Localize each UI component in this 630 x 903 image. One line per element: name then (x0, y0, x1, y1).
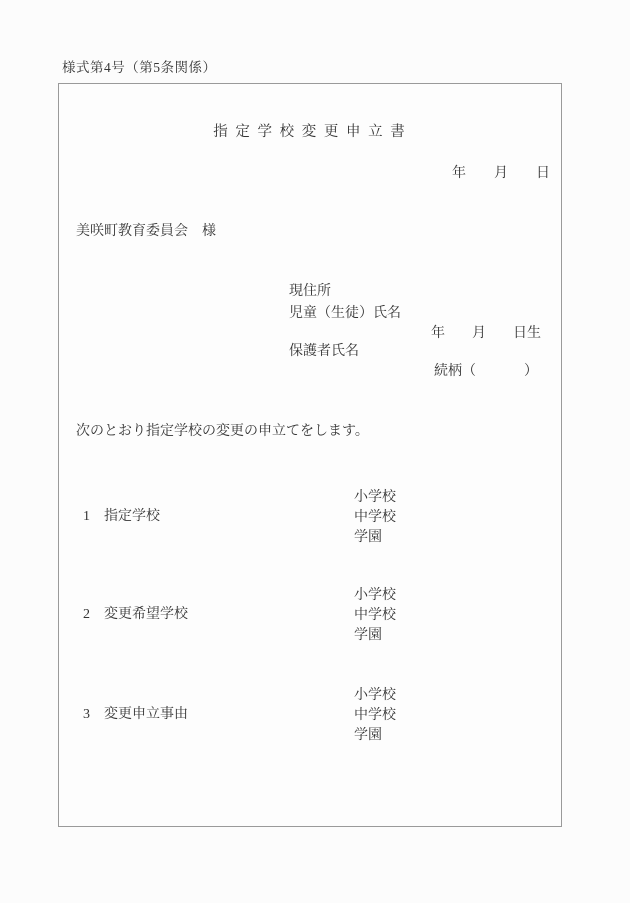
school-option-gakuen: 学園 (354, 726, 396, 746)
date-line: 年 月 日 (452, 165, 550, 183)
birth-year-label: 年 (431, 325, 445, 343)
item-label: 指定学校 (104, 508, 160, 526)
birthdate-line: 年 月 日生 (431, 325, 541, 343)
form-item-desired-school: 2 変更希望学校 小学校 中学校 学園 (59, 586, 561, 648)
date-day-label: 日 (536, 165, 550, 183)
item-label: 変更申立事由 (104, 706, 188, 724)
item-number: 1 (83, 508, 90, 526)
current-address-label: 現住所 (289, 283, 331, 301)
birth-month-label: 月 (472, 325, 486, 343)
school-option-gakuen: 学園 (354, 528, 396, 548)
item-label: 変更希望学校 (104, 606, 188, 624)
school-option-junior-high: 中学校 (354, 508, 396, 528)
form-item-designated-school: 1 指定学校 小学校 中学校 学園 (59, 488, 561, 550)
form-item-change-reason: 3 変更申立事由 小学校 中学校 学園 (59, 686, 561, 748)
relationship-open-label: 続柄（ (434, 363, 476, 381)
date-month-label: 月 (494, 165, 508, 183)
form-border-box: 指 定 学 校 変 更 申 立 書 年 月 日 美咲町教育委員会 様 現住所 児… (58, 83, 562, 827)
birth-day-label: 日生 (513, 325, 541, 343)
school-option-gakuen: 学園 (354, 626, 396, 646)
school-option-elementary: 小学校 (354, 586, 396, 606)
school-option-elementary: 小学校 (354, 488, 396, 508)
guardian-name-label: 保護者氏名 (289, 343, 359, 361)
document-page: 様式第4号（第5条関係） 指 定 学 校 変 更 申 立 書 年 月 日 美咲町… (0, 0, 630, 903)
school-options-list: 小学校 中学校 学園 (354, 586, 396, 646)
item-number: 3 (83, 706, 90, 724)
item-number: 2 (83, 606, 90, 624)
school-option-elementary: 小学校 (354, 686, 396, 706)
student-name-label: 児童（生徒）氏名 (289, 305, 401, 323)
form-number-label: 様式第4号（第5条関係） (62, 60, 217, 77)
addressee-line: 美咲町教育委員会 様 (76, 223, 216, 241)
school-option-junior-high: 中学校 (354, 606, 396, 626)
date-year-label: 年 (452, 165, 466, 183)
statement-text: 次のとおり指定学校の変更の申立てをします。 (76, 423, 369, 441)
school-options-list: 小学校 中学校 学園 (354, 686, 396, 746)
addressee-honorific: 様 (202, 223, 216, 241)
school-option-junior-high: 中学校 (354, 706, 396, 726)
school-options-list: 小学校 中学校 学園 (354, 488, 396, 548)
relationship-close-label: ） (524, 363, 538, 381)
addressee-name: 美咲町教育委員会 (76, 223, 188, 241)
document-title: 指 定 学 校 変 更 申 立 書 (59, 123, 561, 141)
relationship-line: 続柄（ ） (434, 363, 538, 381)
